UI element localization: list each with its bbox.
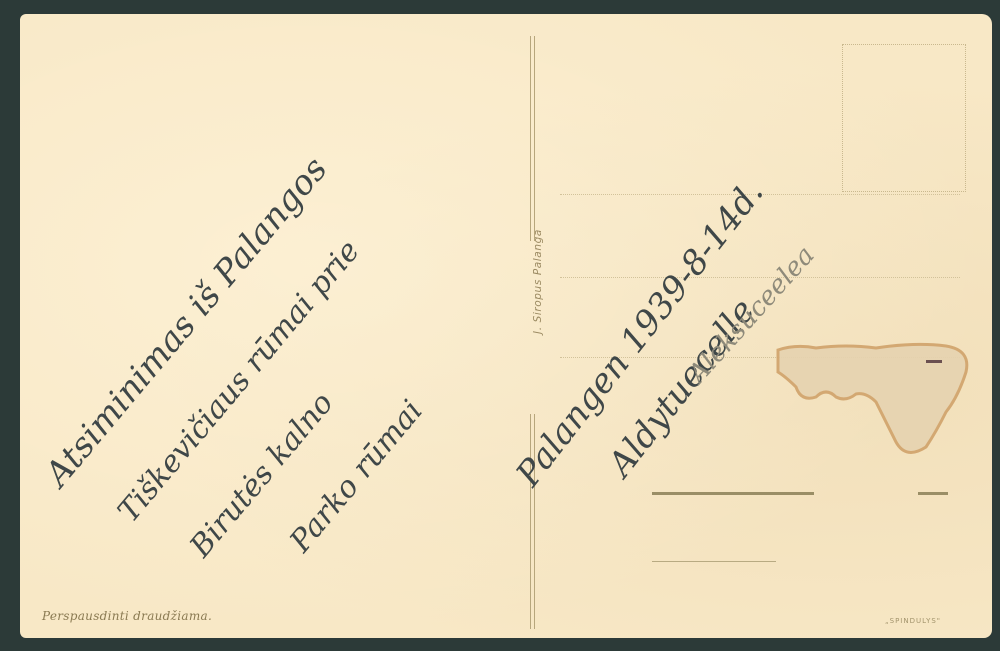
printer-mark: „SPINDULYS"	[885, 617, 941, 625]
address-line-4	[652, 561, 776, 562]
address-line-2	[560, 277, 960, 278]
address-underline-right	[918, 492, 948, 495]
copyright-notice: Perspausdinti draudžiama.	[42, 609, 212, 623]
stamp-residue-stain	[776, 342, 976, 462]
stamp-placeholder-box	[842, 44, 966, 192]
postcard-back: Atsiminimas iš Palangos Tiškevičiaus rūm…	[20, 14, 992, 638]
center-divider-top-a	[530, 36, 531, 241]
address-underline	[652, 492, 814, 495]
center-divider-top-b	[534, 36, 535, 241]
publisher-credit: J. Siropus Palanga	[532, 229, 544, 334]
